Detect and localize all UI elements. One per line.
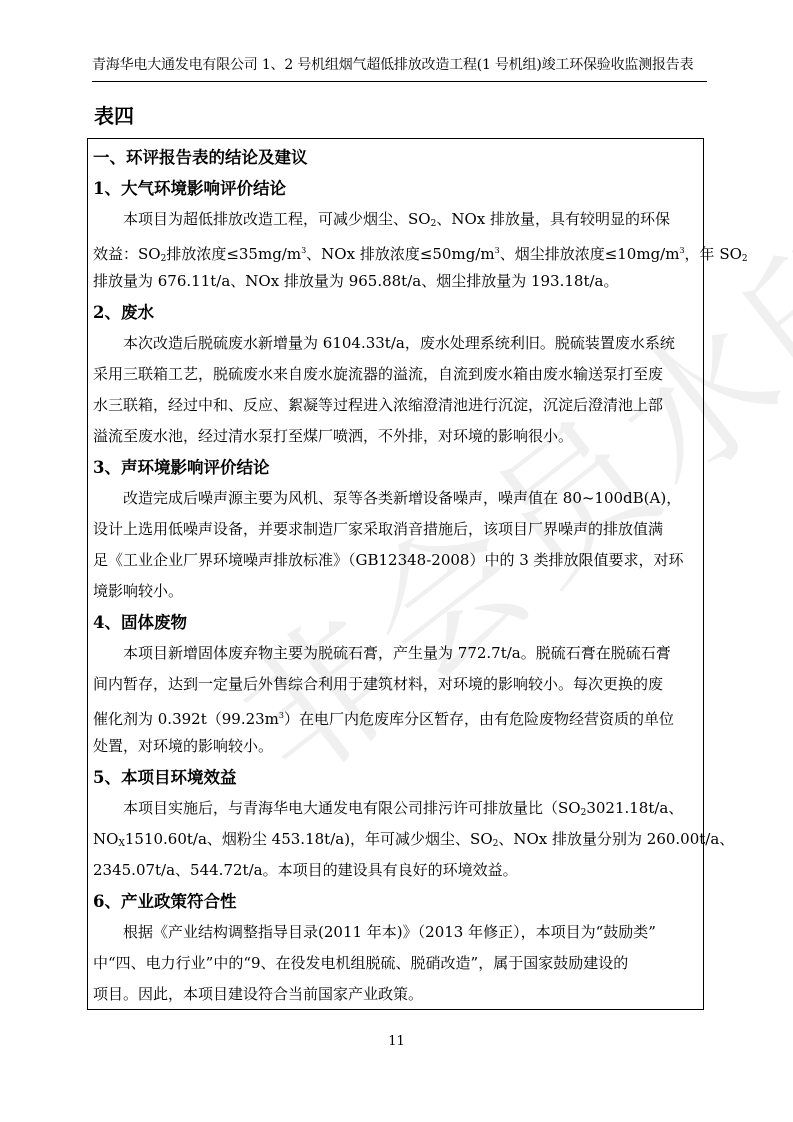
text-run: 溢流至废水池，经过清水泵打至煤厂喷洒，不外排，对环境的影响很小。 [93,427,573,445]
text-run: 中“四、电力行业”中的“9、在役发电机组脱硫、脱硝改造”，属于国家鼓励建设的 [93,954,628,972]
paragraph-line: 中“四、电力行业”中的“9、在役发电机组脱硫、脱硝改造”，属于国家鼓励建设的 [93,948,700,979]
paragraph-line: 溢流至废水池，经过清水泵打至煤厂喷洒，不外排，对环境的影响很小。 [93,421,700,452]
text-run: 效益：SO [93,245,161,263]
paragraph-line: 水三联箱，经过中和、反应、絮凝等过程进入浓缩澄清池进行沉淀，沉淀后澄清池上部 [93,390,700,421]
running-header: 青海华电大通发电有限公司 1、2 号机组烟气超低排放改造工程(1 号机组)竣工环… [92,55,707,75]
paragraph-line: 2345.07t/a、544.72t/a。本项目的建设具有良好的环境效益。 [93,855,700,886]
section-heading: 3、声环境影响评价结论 [93,452,700,483]
text-run: 催化剂为 0.392t（99.23m [93,710,279,728]
paragraph-line: 改造完成后噪声源主要为风机、泵等各类新增设备噪声，噪声值在 80~100dB(A… [93,483,700,514]
section-4: 4、固体废物本项目新增固体废弃物主要为脱硫石膏，产生量为 772.7t/a。脱硫… [93,607,700,762]
paragraph-line: 本次改造后脱硫废水新增量为 6104.33t/a，废水处理系统利旧。脱硫装置废水… [93,328,700,359]
section-heading: 6、产业政策符合性 [93,886,700,917]
text-run: 1510.60t/a、烟粉尘 453.18t/a)，年可减少烟尘、SO [125,830,493,848]
section-heading: 1、大气环境影响评价结论 [93,173,700,204]
section-1: 1、大气环境影响评价结论本项目为超低排放改造工程，可减少烟尘、SO2、NOx 排… [93,173,700,297]
paragraph-line: 本项目新增固体废弃物主要为脱硫石膏，产生量为 772.7t/a。脱硫石膏在脱硫石… [93,638,700,669]
paragraph-line: 设计上选用低噪声设备，并要求制造厂家采取消音措施后，该项目厂界噪声的排放值满 [93,514,700,545]
text-run: 本项目新增固体废弃物主要为脱硫石膏，产生量为 772.7t/a。脱硫石膏在脱硫石… [123,644,671,662]
main-heading: 一、环评报告表的结论及建议 [93,142,700,173]
text-run: 足《工业企业厂界环境噪声排放标准》（GB12348-2008）中的 3 类排放限… [93,551,684,569]
text-run: 2345.07t/a、544.72t/a。本项目的建设具有良好的环境效益。 [93,861,518,879]
text-run: 项目。因此，本项目建设符合当前国家产业政策。 [93,985,423,1003]
text-run: 改造完成后噪声源主要为风机、泵等各类新增设备噪声，噪声值在 80~100dB(A… [123,489,681,507]
table-title: 表四 [94,103,134,129]
paragraph-line: 效益：SO2排放浓度≤35mg/m3、NOx 排放浓度≤50mg/m3、烟尘排放… [93,235,700,266]
text-run: 根据《产业结构调整指导目录(2011 年本)》（2013 年修正），本项目为“鼓… [123,923,656,941]
text-run: 水三联箱，经过中和、反应、絮凝等过程进入浓缩澄清池进行沉淀，沉淀后澄清池上部 [93,396,663,414]
text-run: 、NOx 排放量，具有较明显的环保 [436,210,670,228]
text-run: 本项目为超低排放改造工程，可减少烟尘、SO [123,210,431,228]
paragraph-line: 催化剂为 0.392t（99.23m3）在电厂内危废库分区暂存，由有危险废物经营… [93,700,700,731]
section-heading: 5、本项目环境效益 [93,762,700,793]
subscript: 2 [742,254,748,264]
table-content: 一、环评报告表的结论及建议 1、大气环境影响评价结论本项目为超低排放改造工程，可… [93,142,700,1010]
paragraph-line: 足《工业企业厂界环境噪声排放标准》（GB12348-2008）中的 3 类排放限… [93,545,700,576]
text-run: 排放浓度≤35mg/m [166,245,301,263]
text-run: ）在电厂内危废库分区暂存，由有危险废物经营资质的单位 [284,710,674,728]
text-run: 、NOx 排放浓度≤50mg/m [306,245,494,263]
text-run: 、NOx 排放量分别为 260.00t/a、 [498,830,734,848]
text-run: 设计上选用低噪声设备，并要求制造厂家采取消音措施后，该项目厂界噪声的排放值满 [93,520,663,538]
section-6: 6、产业政策符合性根据《产业结构调整指导目录(2011 年本)》（2013 年修… [93,886,700,1010]
paragraph-line: 项目。因此，本项目建设符合当前国家产业政策。 [93,979,700,1010]
paragraph-line: 境影响较小。 [93,576,700,607]
paragraph-line: 排放量为 676.11t/a、NOx 排放量为 965.88t/a、烟尘排放量为… [93,266,700,297]
paragraph-line: 本项目实施后，与青海华电大通发电有限公司排污许可排放量比（SO23021.18t… [93,793,700,824]
text-run: 3021.18t/a、 [586,799,683,817]
paragraph-line: 处置，对环境的影响较小。 [93,731,700,762]
section-2: 2、废水本次改造后脱硫废水新增量为 6104.33t/a，废水处理系统利旧。脱硫… [93,297,700,452]
paragraph-line: 采用三联箱工艺，脱硫废水来自废水旋流器的溢流，自流到废水箱由废水输送泵打至废 [93,359,700,390]
paragraph-line: 间内暂存，达到一定量后外售综合利用于建筑材料，对环境的影响较小。每次更换的废 [93,669,700,700]
section-5: 5、本项目环境效益本项目实施后，与青海华电大通发电有限公司排污许可排放量比（SO… [93,762,700,886]
section-heading: 2、废水 [93,297,700,328]
text-run: 境影响较小。 [93,582,183,600]
paragraph-line: 根据《产业结构调整指导目录(2011 年本)》（2013 年修正），本项目为“鼓… [93,917,700,948]
text-run: 本项目实施后，与青海华电大通发电有限公司排污许可排放量比（SO [123,799,581,817]
text-run: 处置，对环境的影响较小。 [93,737,273,755]
text-run: 排放量为 676.11t/a、NOx 排放量为 965.88t/a、烟尘排放量为… [93,272,619,290]
section-heading: 4、固体废物 [93,607,700,638]
text-run: 采用三联箱工艺，脱硫废水来自废水旋流器的溢流，自流到废水箱由废水输送泵打至废 [93,365,663,383]
text-run: 本次改造后脱硫废水新增量为 6104.33t/a，废水处理系统利旧。脱硫装置废水… [123,334,675,352]
text-run: 间内暂存，达到一定量后外售综合利用于建筑材料，对环境的影响较小。每次更换的废 [93,675,663,693]
page-number: 11 [0,1034,793,1049]
paragraph-line: NOX1510.60t/a、烟粉尘 453.18t/a)，年可减少烟尘、SO2、… [93,824,700,855]
header-rule [92,81,707,82]
text-run: 、烟尘排放浓度≤10mg/m [500,245,680,263]
paragraph-line: 本项目为超低排放改造工程，可减少烟尘、SO2、NOx 排放量，具有较明显的环保 [93,204,700,235]
text-run: ，年 SO [685,245,742,263]
section-3: 3、声环境影响评价结论改造完成后噪声源主要为风机、泵等各类新增设备噪声，噪声值在… [93,452,700,607]
sections-container: 1、大气环境影响评价结论本项目为超低排放改造工程，可减少烟尘、SO2、NOx 排… [93,173,700,1010]
text-run: NO [93,830,118,848]
